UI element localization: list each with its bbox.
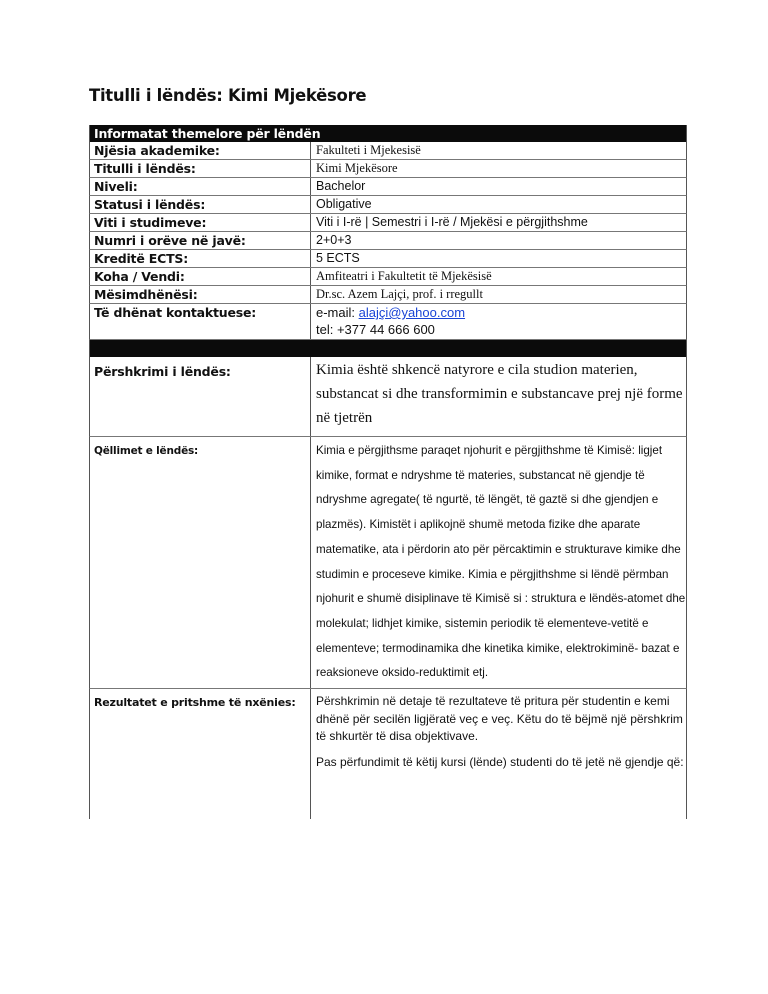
row-label: Titulli i lëndës:: [90, 160, 311, 177]
row-value: Amfiteatri i Fakultetit të Mjekësisë: [311, 268, 686, 285]
course-info-table: Informatat themelore për lëndën Njësia a…: [89, 125, 687, 819]
section-separator: [89, 340, 687, 357]
row-value: 2+0+3: [311, 232, 686, 249]
row-label: Të dhënat kontaktuese:: [90, 304, 311, 339]
table-row: Kreditë ECTS: 5 ECTS: [89, 250, 687, 268]
table-header: Informatat themelore për lëndën: [89, 125, 687, 142]
email-link[interactable]: alajçi@yahoo.com: [359, 305, 465, 320]
table-row: Njësia akademike: Fakulteti i Mjekesisë: [89, 142, 687, 160]
contact-row: Të dhënat kontaktuese: e-mail: alajçi@ya…: [89, 304, 687, 340]
table-row: Koha / Vendi: Amfiteatri i Fakultetit të…: [89, 268, 687, 286]
row-value: Fakulteti i Mjekesisë: [311, 142, 686, 159]
table-row: Statusi i lëndës: Obligative: [89, 196, 687, 214]
row-label: Rezultatet e pritshme të nxënies:: [90, 689, 311, 819]
table-row: Numri i orëve në javë: 2+0+3: [89, 232, 687, 250]
results-paragraph: Pas përfundimit të këtij kursi (lënde) s…: [316, 754, 686, 772]
table-row: Niveli: Bachelor: [89, 178, 687, 196]
phone-line: tel: +377 44 666 600: [316, 321, 686, 338]
row-value: Obligative: [311, 196, 686, 213]
row-value: Viti i I-rë | Semestri i I-rë / Mjekësi …: [311, 214, 686, 231]
row-label: Numri i orëve në javë:: [90, 232, 311, 249]
row-label: Niveli:: [90, 178, 311, 195]
results-text: Përshkrimin në detaje të rezultateve të …: [311, 689, 686, 819]
results-paragraph: Përshkrimin në detaje të rezultateve të …: [316, 693, 686, 746]
row-label: Qëllimet e lëndës:: [90, 437, 311, 688]
email-line: e-mail: alajçi@yahoo.com: [316, 304, 686, 321]
table-row: Viti i studimeve: Viti i I-rë | Semestri…: [89, 214, 687, 232]
description-row: Përshkrimi i lëndës: Kimia është shkencë…: [89, 357, 687, 437]
email-prefix: e-mail:: [316, 305, 359, 320]
row-label: Viti i studimeve:: [90, 214, 311, 231]
row-label: Mësimdhënësi:: [90, 286, 311, 303]
contact-value: e-mail: alajçi@yahoo.com tel: +377 44 66…: [311, 304, 686, 339]
row-label: Koha / Vendi:: [90, 268, 311, 285]
results-row: Rezultatet e pritshme të nxënies: Përshk…: [89, 689, 687, 819]
row-value: 5 ECTS: [311, 250, 686, 267]
row-value: Bachelor: [311, 178, 686, 195]
row-label: Përshkrimi i lëndës:: [90, 357, 311, 436]
description-text: Kimia është shkencë natyrore e cila stud…: [311, 357, 686, 436]
goals-text: Kimia e përgjithsme paraqet njohurit e p…: [311, 437, 686, 688]
page-title: Titulli i lëndës: Kimi Mjekësore: [89, 86, 366, 105]
row-label: Kreditë ECTS:: [90, 250, 311, 267]
table-row: Titulli i lëndës: Kimi Mjekësore: [89, 160, 687, 178]
row-value: Dr.sc. Azem Lajçi, prof. i rregullt: [311, 286, 686, 303]
goals-row: Qëllimet e lëndës: Kimia e përgjithsme p…: [89, 437, 687, 689]
row-label: Statusi i lëndës:: [90, 196, 311, 213]
row-value: Kimi Mjekësore: [311, 160, 686, 177]
table-row: Mësimdhënësi: Dr.sc. Azem Lajçi, prof. i…: [89, 286, 687, 304]
row-label: Njësia akademike:: [90, 142, 311, 159]
